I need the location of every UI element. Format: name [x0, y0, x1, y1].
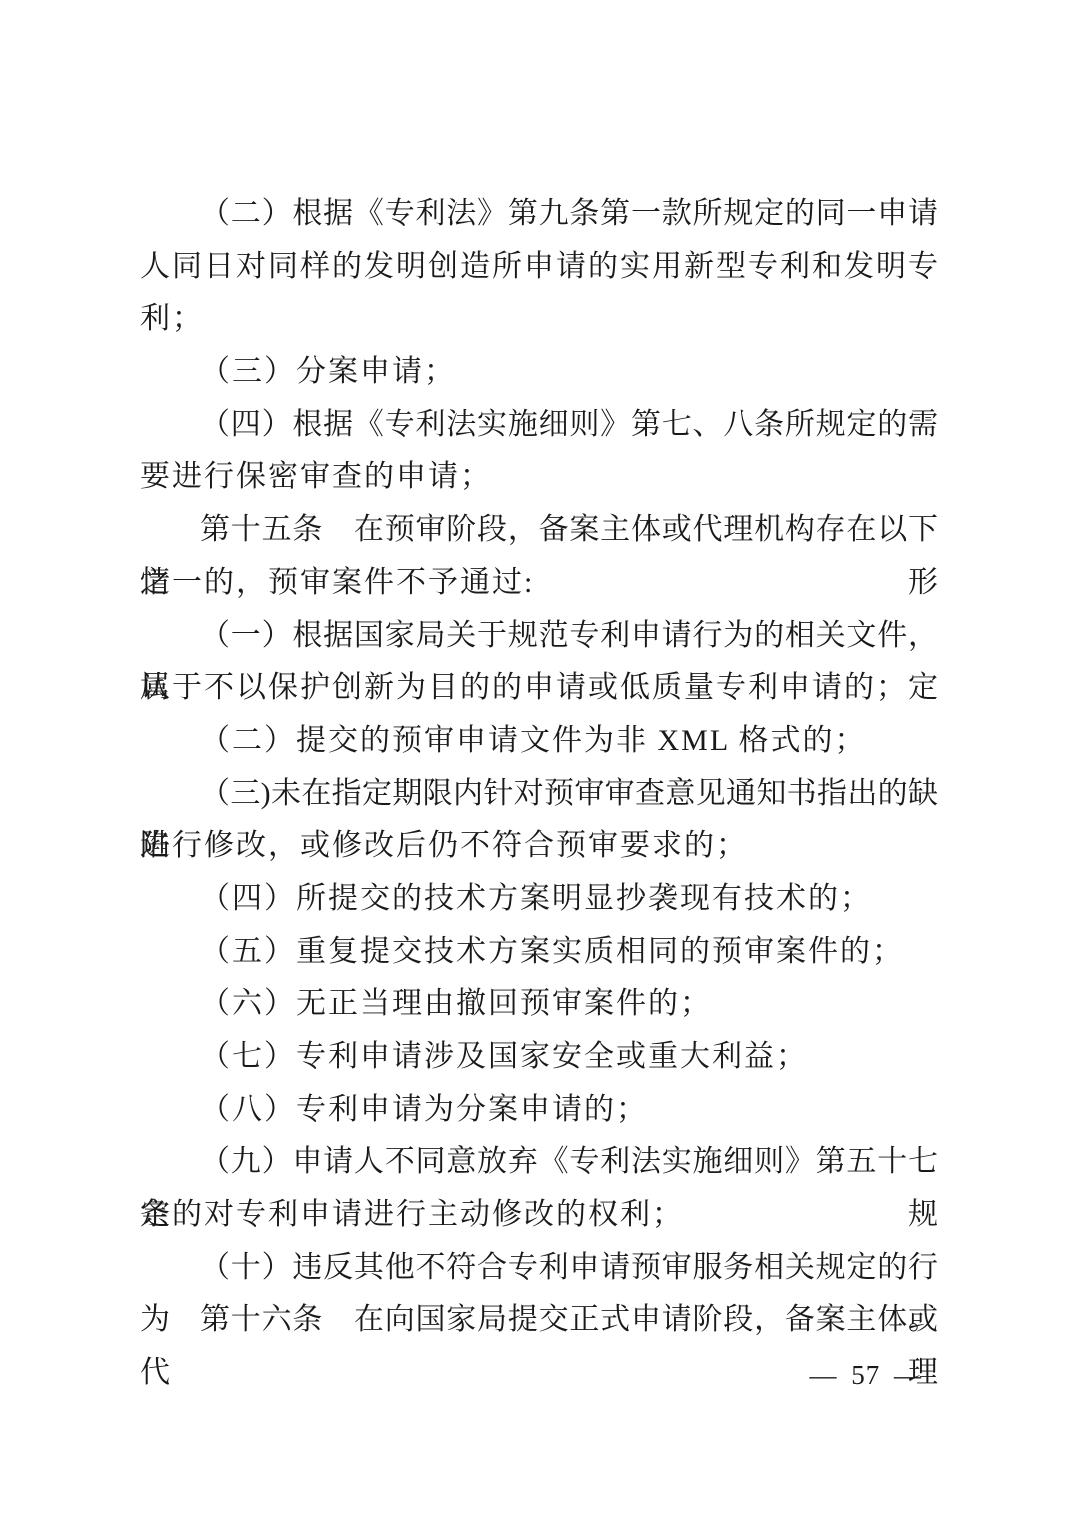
text-line-2: 人同日对同样的发明创造所申请的实用新型专利和发明专 — [140, 241, 938, 294]
text-line-11: （二）提交的预审申请文件为非 XML 格式的； — [140, 715, 938, 768]
text-line-4: （三）分案申请； — [140, 346, 938, 399]
text-line-1: （二）根据《专利法》第九条第一款所规定的同一申请 — [140, 188, 938, 241]
text-line-18: （八）专利申请为分案申请的； — [140, 1084, 938, 1137]
text-line-15: （五）重复提交技术方案实质相同的预审案件的； — [140, 926, 938, 979]
text-line-14: （四）所提交的技术方案明显抄袭现有技术的； — [140, 873, 938, 926]
document-page: （二）根据《专利法》第九条第一款所规定的同一申请人同日对同样的发明创造所申请的实… — [0, 0, 1074, 1520]
text-line-12: （三)未在指定期限内针对预审审查意见通知书指出的缺陷 — [140, 768, 938, 821]
text-line-10: 属于不以保护创新为目的的申请或低质量专利申请的； — [140, 662, 938, 715]
text-line-16: （六）无正当理由撤回预审案件的； — [140, 978, 938, 1031]
text-line-9: （一）根据国家局关于规范专利申请行为的相关文件，认定 — [140, 610, 938, 663]
page-number: — 57 — — [810, 1358, 923, 1392]
text-line-7: 第十五条 在预审阶段，备案主体或代理机构存在以下情形 — [140, 504, 938, 557]
text-line-21: （十）违反其他不符合专利申请预审服务相关规定的行为。 — [140, 1242, 938, 1295]
text-line-17: （七）专利申请涉及国家安全或重大利益； — [140, 1031, 938, 1084]
text-line-22: 第十六条 在向国家局提交正式申请阶段，备案主体或代理 — [140, 1294, 938, 1347]
text-line-5: （四）根据《专利法实施细则》第七、八条所规定的需 — [140, 399, 938, 452]
text-block: （二）根据《专利法》第九条第一款所规定的同一申请人同日对同样的发明创造所申请的实… — [140, 188, 938, 1347]
text-line-13: 进行修改，或修改后仍不符合预审要求的； — [140, 820, 938, 873]
text-line-19: （九）申请人不同意放弃《专利法实施细则》第五十七条规 — [140, 1136, 938, 1189]
text-line-3: 利； — [140, 293, 938, 346]
text-line-6: 要进行保密审查的申请； — [140, 451, 938, 504]
